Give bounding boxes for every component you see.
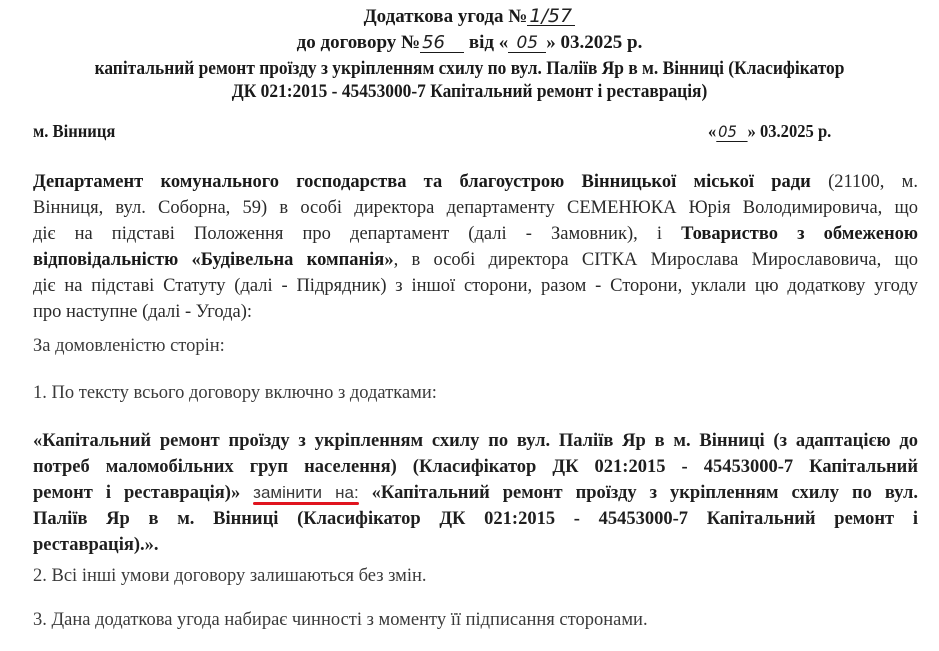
clause-3: 3. Дана додаткова угода набирає чинності… xyxy=(33,607,648,633)
date-rest: » 03.2025 р. xyxy=(748,121,832,141)
parties-paragraph: Департамент комунального господарства та… xyxy=(33,169,918,325)
clause-1-body: «Капітальний ремонт проїзду з укріплення… xyxy=(33,428,918,558)
contract-reference: до договору №56 від «05» 03.2025 р. xyxy=(0,32,939,54)
agreement-title: Додаткова угода №1/57 xyxy=(0,6,939,28)
replace-with-phrase: замінити на: xyxy=(253,483,359,502)
parties-line-6: про наступне (далі - Угода): xyxy=(33,299,918,325)
handwritten-contract-number: 56 xyxy=(420,34,464,53)
document-page: Додаткова угода №1/57 до договору №56 ві… xyxy=(0,0,939,651)
parties-line-5: діє на підставі Статуту (далі - Підрядни… xyxy=(33,273,918,299)
clause-1-line-1: «Капітальний ремонт проїзду з укріплення… xyxy=(33,428,918,454)
handwritten-agreement-number: 1/57 xyxy=(527,7,575,26)
handwritten-signing-day: 05 xyxy=(716,123,747,142)
contract-date-suffix: » 03.2025 р. xyxy=(546,32,642,53)
clause-2: 2. Всі інші умови договору залишаються б… xyxy=(33,563,427,589)
department-name: Департамент комунального господарства та… xyxy=(33,172,811,192)
handwritten-contract-day: 05 xyxy=(508,34,546,53)
clause-1-intro: 1. По тексту всього договору включно з д… xyxy=(33,380,437,406)
contractor-name-start: Товариство з обмеженою xyxy=(681,224,918,244)
contract-prefix: до договору № xyxy=(297,32,420,53)
parties-line-1: Департамент комунального господарства та… xyxy=(33,169,918,195)
agreement-intro: За домовленістю сторін: xyxy=(33,333,225,359)
contractor-name-end: відповідальністю «Будівельна компанія» xyxy=(33,250,394,270)
replace-with-text: замінити на: xyxy=(253,483,359,502)
clause-1-line-3: ремонт і реставрація)» замінити на: «Кап… xyxy=(33,480,918,506)
clause-1-line-2: потреб маломобільних груп населення) (Кл… xyxy=(33,454,918,480)
department-basis: діє на підставі Положення про департамен… xyxy=(33,224,681,244)
red-highlight-underline xyxy=(253,502,359,505)
parties-line-3: діє на підставі Положення про департамен… xyxy=(33,221,918,247)
signing-date: «05» 03.2025 р. xyxy=(708,121,831,142)
parties-line-2: Вінниця, вул. Соборна, 59) в особі дирек… xyxy=(33,195,918,221)
department-address-start: (21100, м. xyxy=(811,172,918,192)
contractor-director: , в особі директора СІТКА Мирослава Миро… xyxy=(394,250,918,270)
new-name-start: «Капітальний ремонт проїзду з укріплення… xyxy=(359,483,918,503)
city: м. Вінниця xyxy=(33,121,115,142)
clause-1-line-5: реставрація).». xyxy=(33,532,918,558)
contract-from: від « xyxy=(464,32,508,53)
clause-1-line-4: Паліїв Яр в м. Вінниці (Класифікатор ДК … xyxy=(33,506,918,532)
title-prefix: Додаткова угода № xyxy=(364,6,528,27)
old-name-end: ремонт і реставрація)» xyxy=(33,483,253,503)
subject-line-1: капітальний ремонт проїзду з укріпленням… xyxy=(28,57,911,82)
parties-line-4: відповідальністю «Будівельна компанія», … xyxy=(33,247,918,273)
date-open-quote: « xyxy=(708,121,716,141)
subject-line-2: ДК 021:2015 - 45453000-7 Капітальний рем… xyxy=(28,80,911,105)
